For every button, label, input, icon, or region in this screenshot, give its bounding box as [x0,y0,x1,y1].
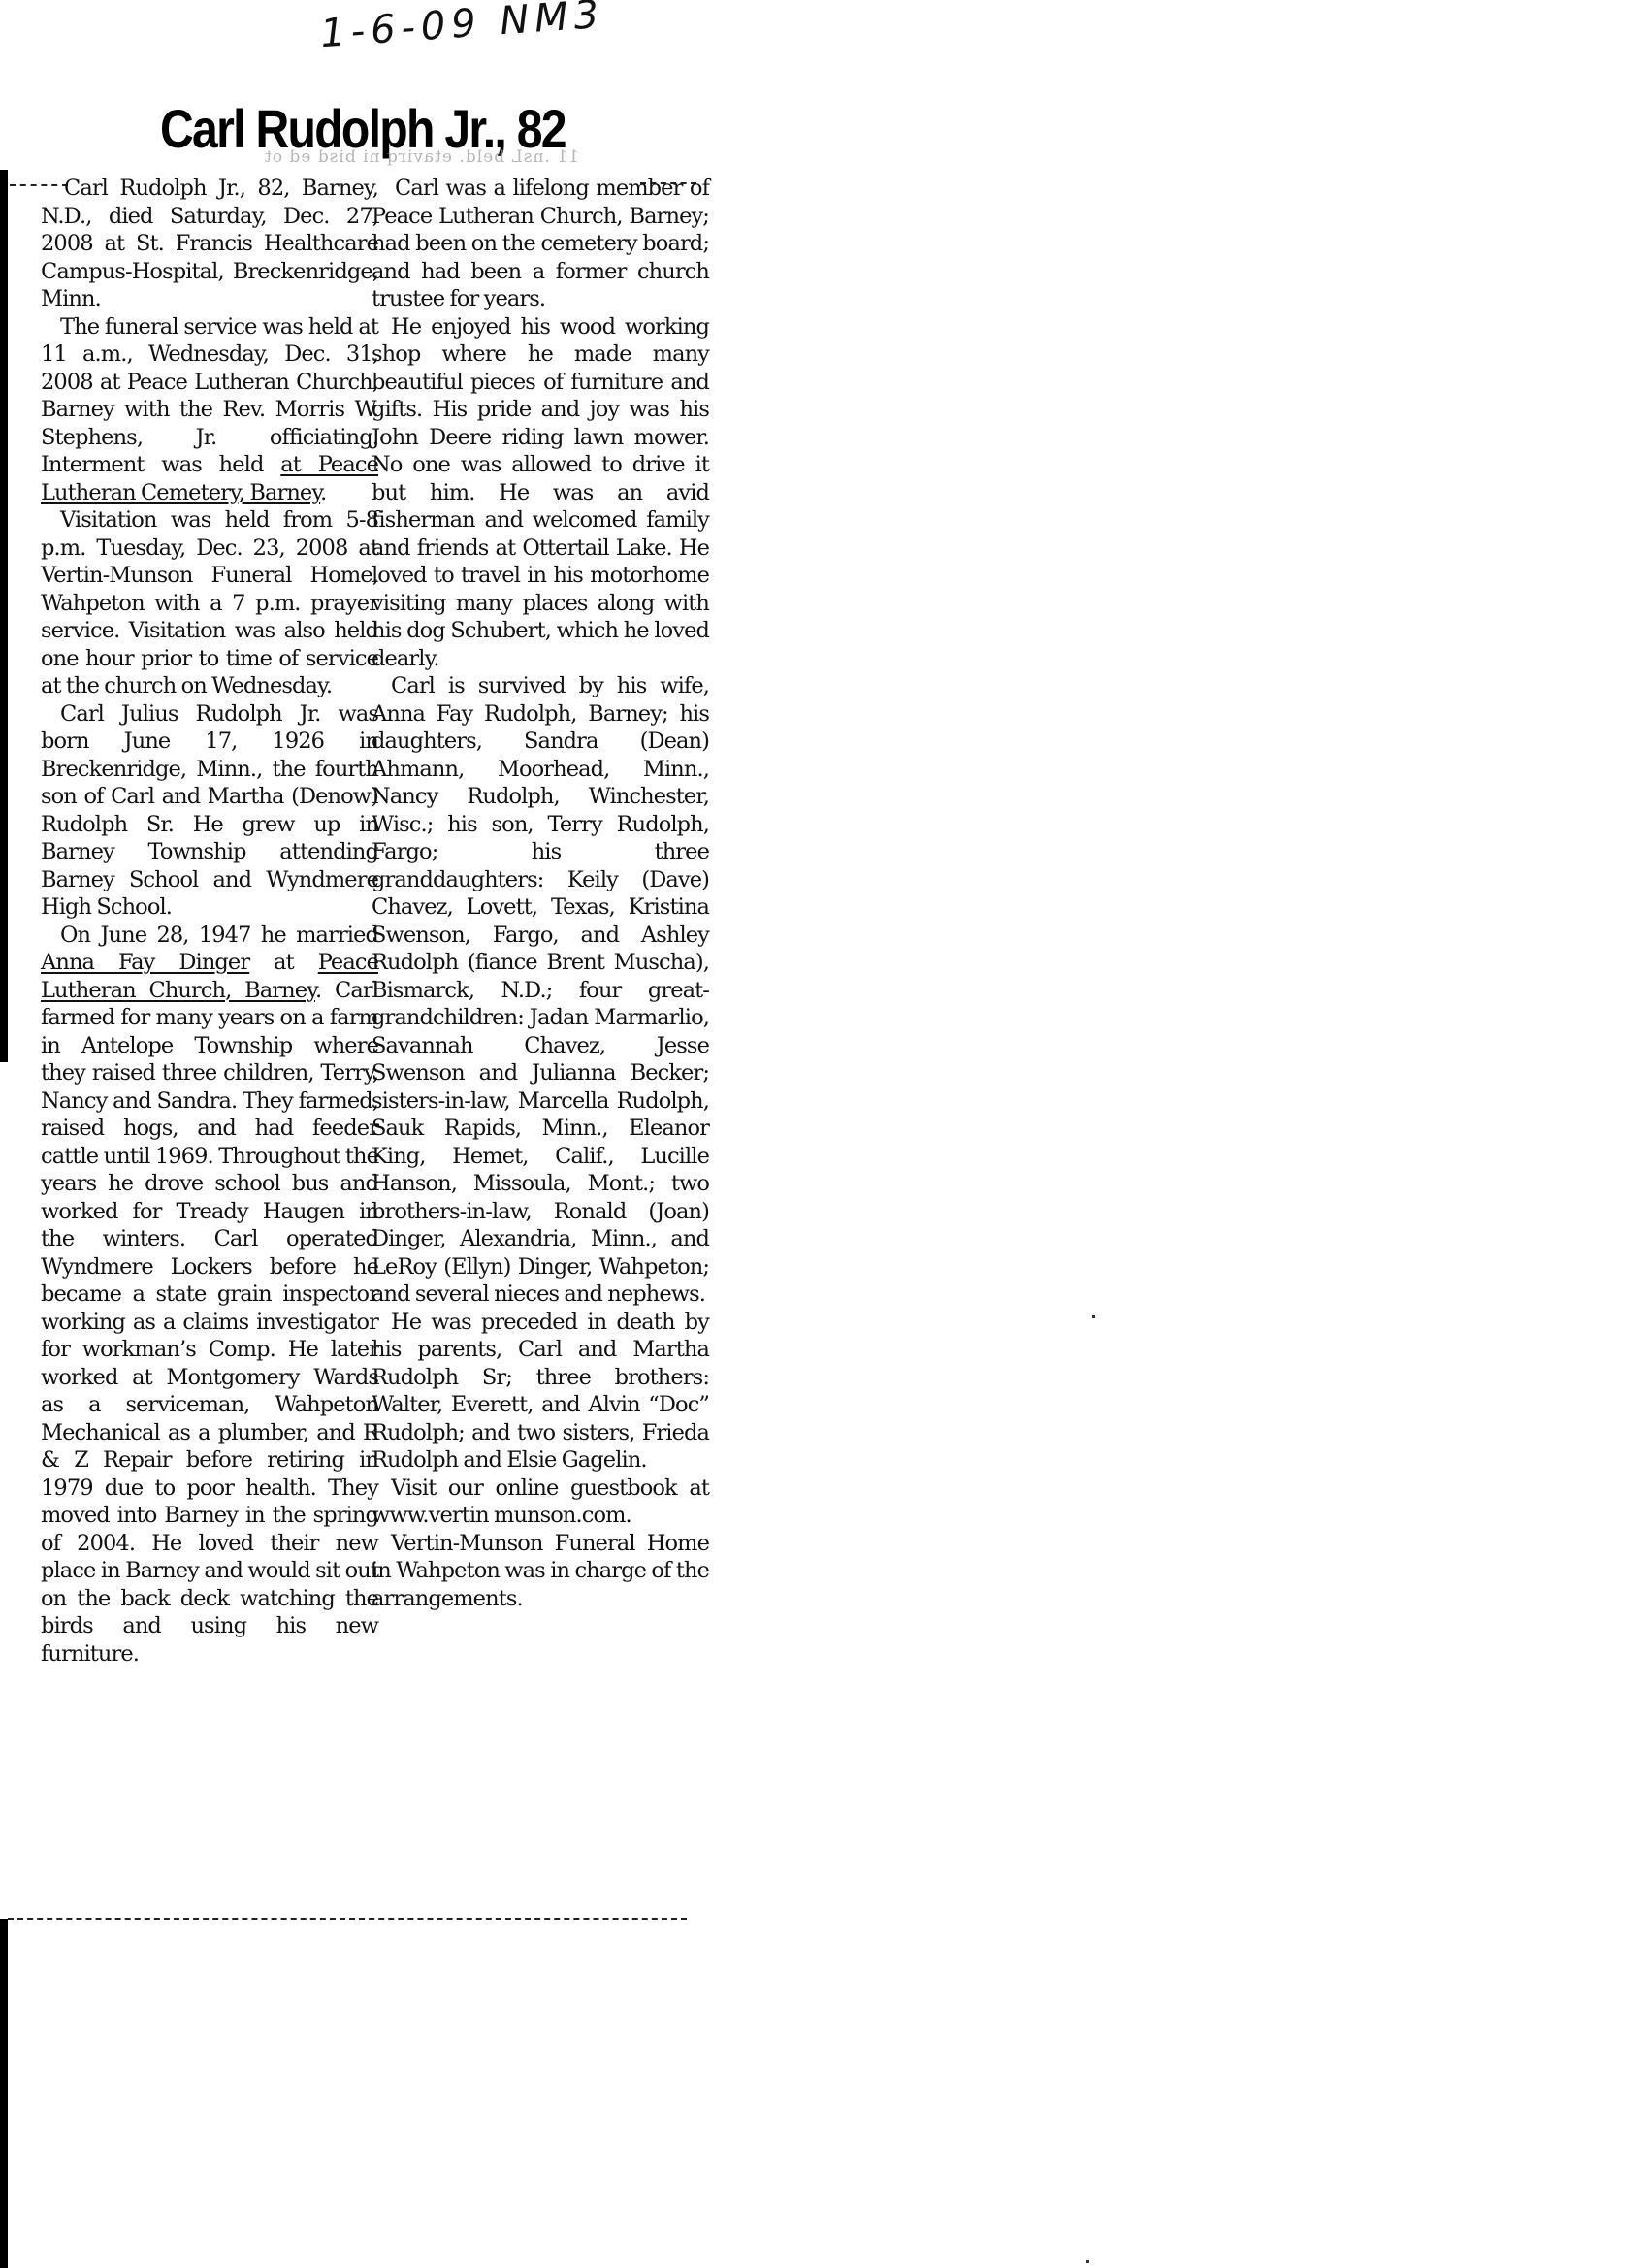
article-column-right: Carl was a lifelong member of Peace Luth… [372,175,709,1612]
paragraph-visitation: Visitation was held from 5-8 p.m. Tuesda… [41,506,378,700]
article-column-left: Carl Rudolph Jr., 82, Barney, N.D., died… [41,175,378,1668]
handwritten-date-note: 1-6-09 NM3 [319,0,606,56]
paragraph-church: Carl was a lifelong member of Peace Luth… [372,175,709,313]
paragraph-guestbook: Visit our online guestbook at www.vertin… [372,1474,709,1530]
clipping-bottom-rule [8,1918,687,1920]
paragraph-funeral: The funeral service was held at 11 a.m.,… [41,313,378,507]
paragraph-death: Carl Rudolph Jr., 82, Barney, N.D., died… [41,175,378,313]
paragraph-arrangements: Vertin-Munson Funeral Home in Wahpeton w… [372,1530,709,1613]
scan-speck [1086,2260,1089,2263]
paragraph-marriage-career: On June 28, 1947 he married Anna Fay Din… [41,922,378,1669]
scan-border-left-top [0,170,8,1062]
paragraph-hobbies: He enjoyed his wood working shop where h… [372,313,709,673]
paragraph-birth: Carl Julius Rudolph Jr. was born June 17… [41,700,378,922]
bleed-through-text: 11 .nsL beld. etavirq ni bisd ed ot [264,147,579,167]
paragraph-survivors: Carl is survived by his wife, Anna Fay R… [372,672,709,1309]
underlined-spouse: Anna Fay Dinger [41,950,249,975]
scan-border-left-bottom [0,1919,8,2268]
paragraph-preceded: He was preceded in death by his parents,… [372,1309,709,1474]
scan-speck [1092,1315,1095,1318]
